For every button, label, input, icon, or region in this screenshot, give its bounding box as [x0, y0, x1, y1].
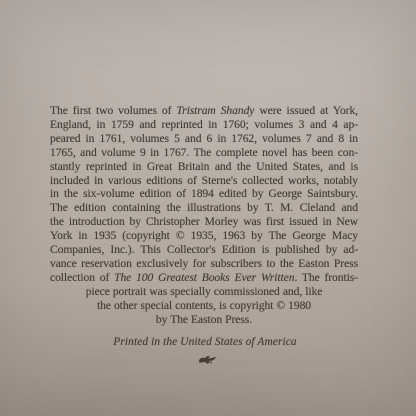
- colophon-line: included in various editions of Sterne's…: [50, 174, 358, 188]
- colophon-line: the other special contents, is copyright…: [50, 299, 358, 313]
- colophon-line: by The Easton Press.: [50, 313, 358, 327]
- colophon-line: peared in 1761, volumes 5 and 6 in 1762,…: [50, 132, 358, 146]
- colophon-line: 1765, and volume 9 in 1767. The complete…: [50, 146, 358, 160]
- colophon-line: stantly reprinted in Great Britain and t…: [50, 160, 358, 174]
- colophon-line: York in 1935 (copyright © 1935, 1963 by …: [50, 229, 358, 243]
- colophon-line: piece portrait was specially commissione…: [50, 285, 358, 299]
- hedera-leaf-icon: [198, 355, 217, 366]
- book-colophon-page: The first two volumes of Tristram Shandy…: [0, 0, 416, 416]
- colophon-line: The first two volumes of Tristram Shandy…: [50, 104, 358, 118]
- colophon-line: the introduction by Christopher Morley w…: [50, 215, 358, 229]
- colophon-line: England, in 1759 and reprinted in 1760; …: [50, 118, 358, 132]
- colophon-line: Companies, Inc.). This Collector's Editi…: [50, 243, 358, 257]
- printed-in-usa-line: Printed in the United States of America: [49, 336, 361, 348]
- colophon-paragraph: The first two volumes of Tristram Shandy…: [50, 104, 358, 327]
- colophon-line: in the six-volume edition of 1894 edited…: [50, 187, 358, 201]
- colophon-line: collection of The 100 Greatest Books Eve…: [50, 271, 358, 285]
- colophon-line: The edition containing the illustrations…: [50, 201, 358, 215]
- colophon-line: vance reservation exclusively for subscr…: [50, 257, 358, 271]
